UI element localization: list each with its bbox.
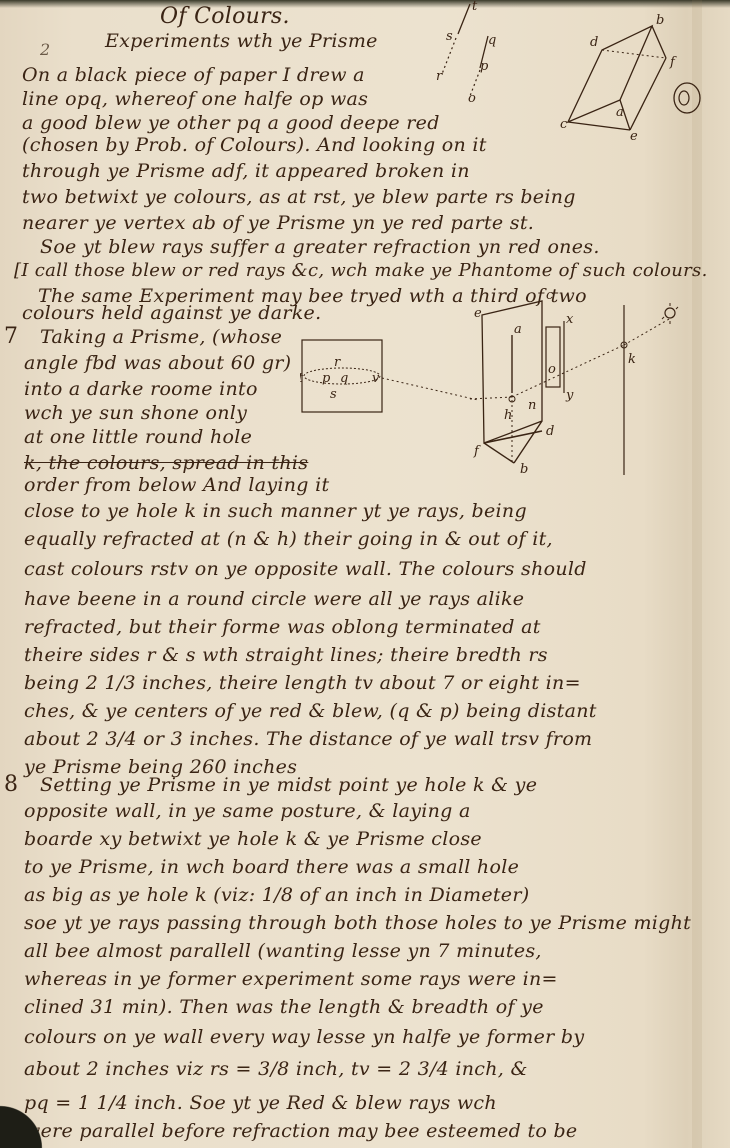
svg-text:n: n — [528, 398, 536, 413]
label-t: t — [472, 0, 478, 14]
label-s: s — [446, 29, 453, 44]
text-line: refracted, but their forme was oblong te… — [24, 616, 541, 638]
text-line: nearer ye vertex ab of ye Prisme yn ye r… — [22, 212, 534, 234]
svg-text:t: t — [300, 371, 304, 386]
svg-text:x: x — [566, 312, 574, 327]
svg-text:d: d — [590, 35, 598, 50]
svg-text:s: s — [330, 387, 337, 402]
text-line: two betwixt ye colours, as at rst, ye bl… — [22, 186, 576, 208]
text-line: a good blew ye other pq a good deepe red — [22, 112, 440, 134]
text-line: whereas in ye former experiment some ray… — [24, 968, 558, 990]
svg-text:c: c — [560, 117, 568, 132]
svg-text:q: q — [340, 371, 348, 386]
svg-text:p: p — [322, 371, 331, 386]
text-line: to ye Prisme, in wch board there was a s… — [24, 856, 519, 878]
label-r: r — [436, 69, 443, 84]
text-line: through ye Prisme adf, it appeared broke… — [22, 160, 470, 182]
struck-text-line: k, the colours, spread in this — [24, 452, 308, 474]
svg-text:y: y — [565, 388, 574, 403]
text-line: angle fbd was about 60 gr) — [24, 352, 291, 374]
text-line: colours on ye wall every way lesse yn ha… — [24, 1026, 584, 1048]
text-line: opposite wall, in ye same posture, & lay… — [24, 800, 471, 822]
line-opq-diagram: t s r q p o — [420, 0, 530, 110]
text-line: soe yt ye rays passing through both thos… — [24, 912, 691, 934]
svg-text:e: e — [474, 306, 482, 321]
svg-text:d: d — [546, 424, 554, 439]
label-o: o — [468, 91, 476, 106]
svg-text:h: h — [504, 408, 512, 423]
page-fold — [692, 0, 702, 1148]
text-line: equally refracted at (n & h) their going… — [24, 528, 553, 550]
page-subtitle: Experiments wth ye Prisme — [105, 30, 378, 52]
svg-text:a: a — [514, 322, 522, 337]
label-p: p — [480, 59, 489, 74]
text-line: Soe yt blew rays suffer a greater refrac… — [40, 236, 600, 258]
margin-number-7: 7 — [4, 324, 18, 349]
text-line: wch ye sun shone only — [24, 402, 247, 424]
svg-text:f: f — [669, 55, 677, 70]
text-line: order from below And laying it — [24, 474, 329, 496]
svg-text:f: f — [473, 444, 481, 459]
text-line: close to ye hole k in such manner yt ye … — [24, 500, 527, 522]
text-line: have beene in a round circle were all ye… — [24, 588, 524, 610]
page-title: Of Colours. — [160, 4, 290, 29]
sun-icon — [662, 303, 678, 324]
text-line: about 2 3/4 or 3 inches. The distance of… — [24, 728, 592, 750]
svg-text:b: b — [656, 13, 664, 28]
svg-text:b: b — [520, 462, 528, 475]
svg-text:a: a — [616, 105, 624, 120]
wall-spectrum-diagram: r t p q v s — [300, 338, 480, 418]
text-line: Taking a Prisme, (whose — [40, 326, 282, 348]
label-q: q — [488, 33, 496, 48]
svg-text:e: e — [630, 129, 638, 140]
text-line: line opq, whereof one halfe op was — [22, 88, 368, 110]
text-line: about 2 inches viz rs = 3/8 inch, tv = 2… — [24, 1058, 528, 1080]
svg-text:c: c — [546, 288, 554, 303]
svg-text:k: k — [628, 352, 636, 367]
text-line: theire sides r & s wth straight lines; t… — [24, 644, 548, 666]
sun-circle-icon — [674, 83, 700, 113]
text-line: being 2 1/3 inches, theire length tv abo… — [24, 672, 581, 694]
prism-setup-diagram: e c x a o n y h d f b k — [470, 275, 680, 475]
text-line: Setting ye Prisme in ye midst point ye h… — [40, 774, 537, 796]
text-line: at one little round hole — [24, 426, 252, 448]
prism-diagram-top: b d f a c e — [560, 10, 710, 140]
folio-mark: 2 — [40, 40, 50, 59]
text-line: all bee almost parallell (wanting lesse … — [24, 940, 542, 962]
text-line: clined 31 min). Then was the length & br… — [24, 996, 544, 1018]
text-line: ches, & ye centers of ye red & blew, (q … — [24, 700, 597, 722]
manuscript-page: 2 Of Colours. Experiments wth ye Prisme … — [0, 0, 730, 1148]
svg-text:v: v — [372, 371, 380, 386]
text-line: into a darke roome into — [24, 378, 258, 400]
margin-number-8: 8 — [4, 772, 18, 797]
svg-text:o: o — [548, 362, 556, 377]
text-line: colours held against ye darke. — [22, 302, 321, 324]
text-line: On a black piece of paper I drew a — [22, 64, 365, 86]
svg-text:r: r — [334, 355, 341, 370]
text-line: as big as ye hole k (viz: 1/8 of an inch… — [24, 884, 529, 906]
text-line: were parallel before refraction may bee … — [24, 1120, 577, 1142]
text-line: boarde xy betwixt ye hole k & ye Prisme … — [24, 828, 482, 850]
text-line: (chosen by Prob. of Colours). And lookin… — [22, 134, 487, 156]
text-line: cast colours rstv on ye opposite wall. T… — [24, 558, 587, 580]
text-line: pq = 1 1/4 inch. Soe yt ye Red & blew ra… — [24, 1092, 497, 1114]
